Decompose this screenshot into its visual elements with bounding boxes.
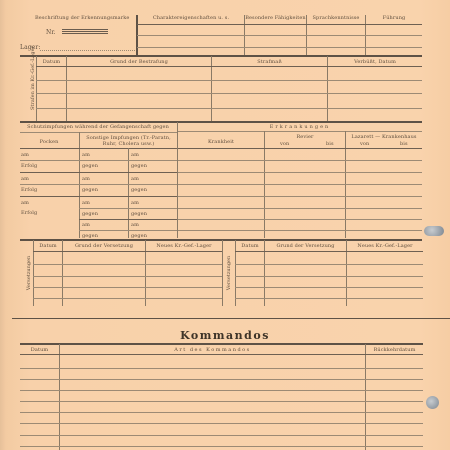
row-rule <box>33 287 222 288</box>
row-rule <box>178 172 422 173</box>
header-rule <box>137 47 422 48</box>
vacc-cell: am <box>82 176 90 182</box>
kommando-col-type: Art des Kommandos <box>60 347 365 353</box>
header-col-character: Charaktereigenschaften u. s. <box>137 15 245 21</box>
row-rule <box>20 160 177 161</box>
transfer-col-date: Datum <box>236 243 264 249</box>
row-rule <box>20 435 423 436</box>
transfers-left-side-label: Versetzungen <box>26 248 32 298</box>
row-rule <box>20 368 423 369</box>
vacc-cell: gegen <box>82 211 98 217</box>
vacc-cell: am <box>21 152 29 158</box>
row-rule <box>20 148 177 149</box>
vacc-cell: gegen <box>131 163 147 169</box>
vacc-cell: gegen <box>82 187 98 193</box>
vacc-col-smallpox: Pocken <box>20 139 78 145</box>
row-rule <box>79 208 177 209</box>
prisoner-record-card: Beschriftung der Erkennungsmarke Nr. Lag… <box>0 0 450 450</box>
row-rule <box>235 287 423 288</box>
vacc-cell: Erfolg <box>21 187 37 193</box>
row-rule <box>36 108 422 109</box>
nr-line <box>62 29 108 30</box>
row-rule <box>178 196 422 197</box>
punish-col-reason: Grund der Bestrafung <box>67 59 211 65</box>
row-rule <box>36 93 422 94</box>
vacc-cell: Erfolg <box>21 163 37 169</box>
header-col-languages: Sprachkenntnisse <box>307 15 365 21</box>
ill-col-infirmary: Revier <box>265 134 345 140</box>
fold-crease <box>12 318 450 319</box>
punch-hole <box>424 226 444 236</box>
row-rule <box>20 412 423 413</box>
transfer-col-reason: Grund der Versetzung <box>63 243 145 249</box>
row-rule <box>20 390 423 391</box>
illnesses-title: Erkrankungen <box>178 124 422 130</box>
ill-col-disease: Krankheit <box>178 139 264 145</box>
row-rule <box>178 184 422 185</box>
col-sep <box>145 240 146 306</box>
row-rule <box>20 423 423 424</box>
nr-line <box>62 33 108 34</box>
vacc-cell: gegen <box>131 187 147 193</box>
transfer-col-date: Datum <box>34 243 62 249</box>
vacc-cell: am <box>82 152 90 158</box>
row-rule <box>20 184 177 185</box>
punish-col-date: Datum <box>37 59 66 65</box>
kommando-col-return: Rückkehrdatum <box>366 347 423 353</box>
section-rule <box>20 121 422 123</box>
kommandos-title: Kommandos <box>0 329 450 342</box>
section-rule <box>20 55 422 57</box>
row-rule <box>33 276 222 277</box>
header-col-conduct: Führung <box>366 15 422 21</box>
row-rule <box>33 264 222 265</box>
row-rule <box>33 298 222 299</box>
row-rule <box>178 219 422 220</box>
col-sep <box>62 240 63 306</box>
row-rule <box>178 230 422 231</box>
row-rule <box>235 276 423 277</box>
nr-label: Nr. <box>46 29 56 36</box>
vacc-cell: am <box>131 176 139 182</box>
row-rule <box>20 379 423 380</box>
transfer-col-reason: Grund der Versetzung <box>265 243 346 249</box>
kommando-col-date: Datum <box>20 347 59 353</box>
header-col-abilities: Besondere Fähigkeiten <box>245 15 306 21</box>
col-sep <box>222 240 223 306</box>
section-rule <box>20 343 423 345</box>
vacc-cell: Erfolg <box>21 210 37 216</box>
col-sep <box>264 240 265 306</box>
row-rule <box>20 132 177 133</box>
row-rule <box>20 196 177 197</box>
vacc-col-other: Sonstige Impfungen (Tr.-Paratn, Ruhr, Ch… <box>80 135 177 147</box>
vacc-cell: am <box>131 222 139 228</box>
col-sep <box>33 240 34 306</box>
identity-tag-label: Beschriftung der Erkennungsmarke <box>35 15 129 21</box>
camp-field <box>40 50 135 51</box>
ill-from: von <box>280 141 289 147</box>
row-rule <box>36 80 422 81</box>
ill-from: von <box>360 141 369 147</box>
header-rule <box>137 24 422 25</box>
transfer-col-new-camp: Neues Kr.-Gef.-Lager <box>347 243 423 249</box>
transfers-right-side-label: Versetzungen <box>226 248 232 298</box>
nr-line <box>62 31 108 32</box>
row-rule <box>20 354 423 355</box>
vacc-cell: am <box>21 200 29 206</box>
vacc-cell: am <box>21 176 29 182</box>
row-rule <box>36 66 422 67</box>
row-rule <box>79 230 177 231</box>
row-rule <box>235 264 423 265</box>
row-rule <box>20 446 423 447</box>
vacc-cell: gegen <box>82 163 98 169</box>
row-rule <box>178 131 422 132</box>
row-rule <box>33 251 222 252</box>
vaccinations-title: Schutzimpfungen während der Gefangenscha… <box>20 124 176 130</box>
row-rule <box>178 208 422 209</box>
row-rule <box>178 160 422 161</box>
vacc-cell: am <box>131 152 139 158</box>
row-rule <box>178 148 422 149</box>
section-rule <box>20 239 422 241</box>
vacc-cell: gegen <box>131 211 147 217</box>
row-rule <box>20 172 177 173</box>
col-sep <box>128 148 129 238</box>
vacc-cell: am <box>131 200 139 206</box>
ill-col-hospital: Lazarett — Krankenhaus <box>346 134 422 140</box>
punish-col-served: Verbüßt, Datum <box>328 59 422 65</box>
punish-col-sentence: Strafmaß <box>212 59 327 65</box>
punch-hole <box>426 396 439 409</box>
row-rule <box>235 251 423 252</box>
row-rule <box>79 219 177 220</box>
row-rule <box>20 401 423 402</box>
row-rule <box>235 298 423 299</box>
ill-to: bis <box>326 141 334 147</box>
ill-to: bis <box>400 141 408 147</box>
col-sep <box>346 240 347 306</box>
col-sep <box>235 240 236 306</box>
header-rule <box>137 35 422 36</box>
vacc-cell: am <box>82 222 90 228</box>
vacc-cell: am <box>82 200 90 206</box>
transfer-col-new-camp: Neues Kr.-Gef.-Lager <box>146 243 222 249</box>
